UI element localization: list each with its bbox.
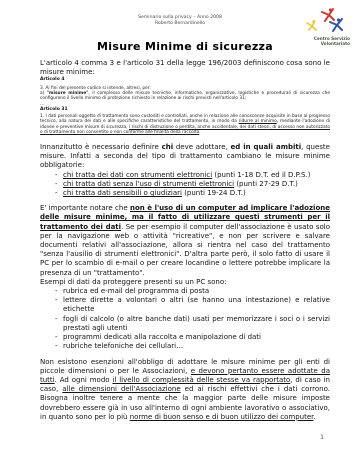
articolo31-text: 1. I dati personali oggetto di trattamen… xyxy=(40,114,330,135)
bullet-dash: - xyxy=(55,180,63,189)
bullet-dash: - xyxy=(55,296,63,314)
list-item-text: rubriche telefoniche dei cellulari… xyxy=(63,342,330,351)
who-must-adopt-paragraph: Innanzitutto è necessario definire chi d… xyxy=(40,143,330,171)
bullet-dash: - xyxy=(55,171,63,180)
list-item: - lettere dirette a volontari o altri (s… xyxy=(40,296,330,314)
list-item-text: fogli di calcolo (o altre banche dati) u… xyxy=(63,315,330,333)
list-item-text: chi tratta dati sensibili o giudiziari (… xyxy=(63,189,330,198)
list-item: - programmi dedicati alla raccolta e man… xyxy=(40,333,330,342)
list-item-text: programmi dedicati alla raccolta e manip… xyxy=(63,333,330,342)
list-item-text: chi tratta dei dati con strumenti elettr… xyxy=(63,171,330,180)
treatment-types-list: - chi tratta dei dati con strumenti elet… xyxy=(40,171,330,199)
list-item-text: lettere dirette a volontari o altri (se … xyxy=(63,296,330,314)
articolo31-block: Articolo 31 1. I dati personali oggetto … xyxy=(40,107,330,135)
list-item: - rubrica ed e-mail del programma di pos… xyxy=(40,287,330,296)
bullet-dash: - xyxy=(55,315,63,333)
page-title: Misure Minime di sicurezza xyxy=(40,40,330,53)
no-exemptions-paragraph: Non esistono esenzioni all'obbligo di ad… xyxy=(40,358,330,422)
bullet-dash: - xyxy=(55,342,63,351)
list-item-text: rubrica ed e-mail del programma di posta xyxy=(63,287,330,296)
document-body: Misure Minime di sicurezza L'articolo 4 … xyxy=(40,40,330,422)
bullet-dash: - xyxy=(55,189,63,198)
intro-paragraph: L'articolo 4 comma 3 e l'articolo 31 del… xyxy=(40,59,330,77)
bullet-dash: - xyxy=(55,287,63,296)
list-item: - chi tratta dati sensibili o giudiziari… xyxy=(40,189,330,198)
articolo4-line2: a) "misure minime", il complesso delle m… xyxy=(40,91,330,101)
bullet-dash: - xyxy=(55,333,63,342)
articolo4-block: Articolo 4 3. Ai fini del presente codic… xyxy=(40,77,330,106)
csv-logo-figures-icon xyxy=(299,7,353,35)
examples-lead: Esempi di dati da proteggere presenti su… xyxy=(40,278,330,287)
page-number: 1 xyxy=(320,434,324,441)
list-item: - chi tratta dati senza l'uso di strumen… xyxy=(40,180,330,189)
list-item: - chi tratta dei dati con strumenti elet… xyxy=(40,171,330,180)
list-item: - rubriche telefoniche dei cellulari… xyxy=(40,342,330,351)
articolo4-heading: Articolo 4 xyxy=(40,77,330,83)
data-examples-list: - rubrica ed e-mail del programma di pos… xyxy=(40,287,330,351)
list-item-text: chi tratta dati senza l'uso di strumenti… xyxy=(63,180,330,189)
computer-use-paragraph: E' importante notare che non è l'uso di … xyxy=(40,204,330,278)
list-item: - fogli di calcolo (o altre banche dati)… xyxy=(40,315,330,333)
articolo31-heading: Articolo 31 xyxy=(40,107,330,113)
document-page: Seminario sulla privacy – Anno 2008 Robe… xyxy=(0,0,360,466)
